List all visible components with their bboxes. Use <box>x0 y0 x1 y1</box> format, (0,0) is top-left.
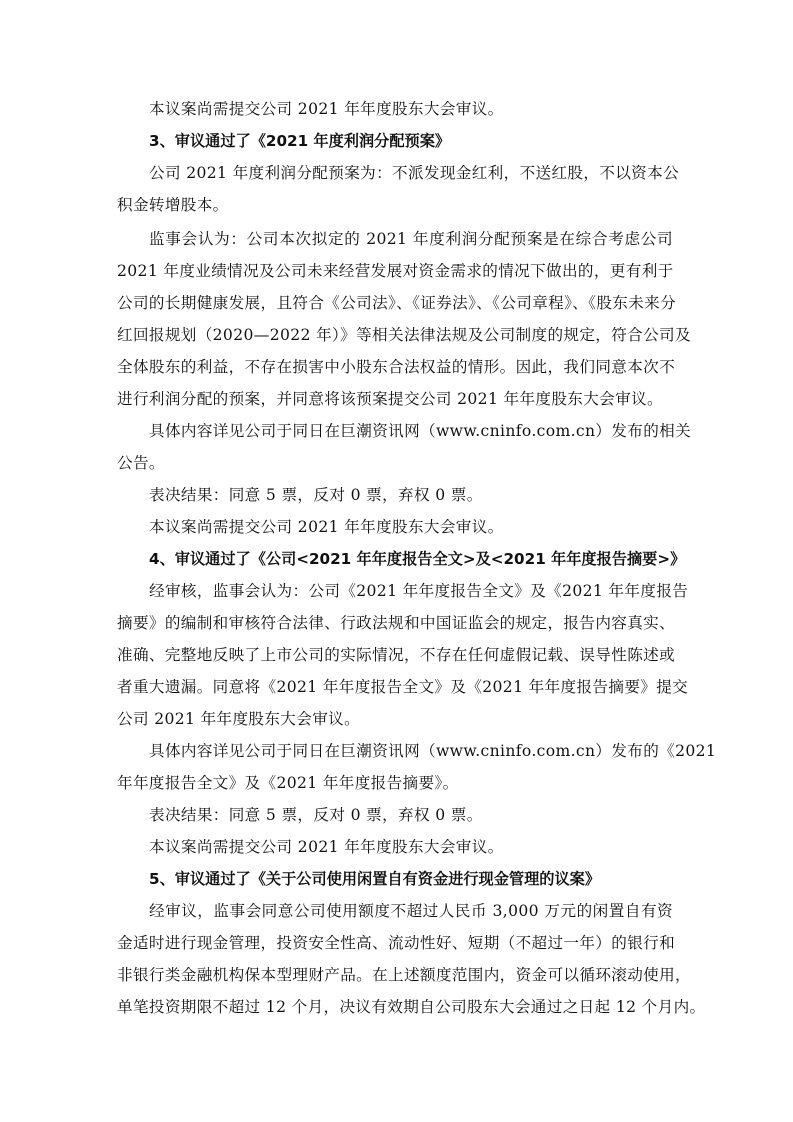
paragraph-line: 者重大遗漏。同意将《2021 年年度报告全文》及《2021 年年度报告摘要》提交 <box>117 676 673 698</box>
section-heading: 5、审议通过了《关于公司使用闲置自有资金进行现金管理的议案》 <box>149 868 600 890</box>
paragraph-line: 进行利润分配的预案，并同意将该预案提交公司 2021 年年度股东大会审议。 <box>117 388 663 410</box>
paragraph-line: 具体内容详见公司于同日在巨潮资讯网（www.cninfo.com.cn）发布的相… <box>149 420 673 442</box>
paragraph-line: 监事会认为：公司本次拟定的 2021 年度利润分配预案是在综合考虑公司 <box>149 228 673 250</box>
paragraph-line: 公司 2021 年度利润分配预案为：不派发现金红利，不送红股，不以资本公 <box>149 162 673 184</box>
section-heading: 3、审议通过了《2021 年度利润分配预案》 <box>149 130 450 152</box>
paragraph-line: 具体内容详见公司于同日在巨潮资讯网（www.cninfo.com.cn）发布的《… <box>149 740 673 762</box>
paragraph-line: 公司 2021 年年度股东大会审议。 <box>117 708 360 730</box>
paragraph-line: 摘要》的编制和审核符合法律、行政法规和中国证监会的规定，报告内容真实、 <box>117 612 673 634</box>
paragraph-line: 非银行类金融机构保本型理财产品。在上述额度范围内，资金可以循环滚动使用， <box>117 964 673 986</box>
paragraph-line: 单笔投资期限不超过 12 个月，决议有效期自公司股东大会通过之日起 12 个月内… <box>117 996 673 1018</box>
paragraph-line: 公司的长期健康发展，且符合《公司法》、《证券法》、《公司章程》、《股东未来分 <box>117 292 673 314</box>
paragraph-line: 表决结果：同意 5 票，反对 0 票，弃权 0 票。 <box>149 484 483 506</box>
paragraph-line: 经审核，监事会认为：公司《2021 年年度报告全文》及《2021 年年度报告 <box>149 580 673 602</box>
paragraph-line: 本议案尚需提交公司 2021 年年度股东大会审议。 <box>149 516 504 538</box>
paragraph-line: 红回报规划（2020—2022 年）》等相关法律法规及公司制度的规定，符合公司及 <box>117 324 673 346</box>
paragraph-line: 金适时进行现金管理，投资安全性高、流动性好、短期（不超过一年）的银行和 <box>117 932 673 954</box>
paragraph-line: 本议案尚需提交公司 2021 年年度股东大会审议。 <box>149 836 504 858</box>
paragraph-line: 本议案尚需提交公司 2021 年年度股东大会审议。 <box>149 98 504 120</box>
paragraph-line: 积金转增股本。 <box>117 194 229 216</box>
paragraph-line: 全体股东的利益，不存在损害中小股东合法权益的情形。因此，我们同意本次不 <box>117 356 673 378</box>
paragraph-line: 公告。 <box>117 452 165 474</box>
paragraph-line: 经审议，监事会同意公司使用额度不超过人民币 3,000 万元的闲置自有资 <box>149 900 673 922</box>
paragraph-line: 准确、完整地反映了上市公司的实际情况，不存在任何虚假记载、误导性陈述或 <box>117 644 673 666</box>
paragraph-line: 2021 年度业绩情况及公司未来经营发展对资金需求的情况下做出的，更有利于 <box>117 260 673 282</box>
section-heading: 4、审议通过了《公司<2021 年年度报告全文>及<2021 年年度报告摘要>》 <box>149 548 685 570</box>
paragraph-line: 表决结果：同意 5 票，反对 0 票，弃权 0 票。 <box>149 804 483 826</box>
paragraph-line: 年年度报告全文》及《2021 年年度报告摘要》。 <box>117 772 459 794</box>
